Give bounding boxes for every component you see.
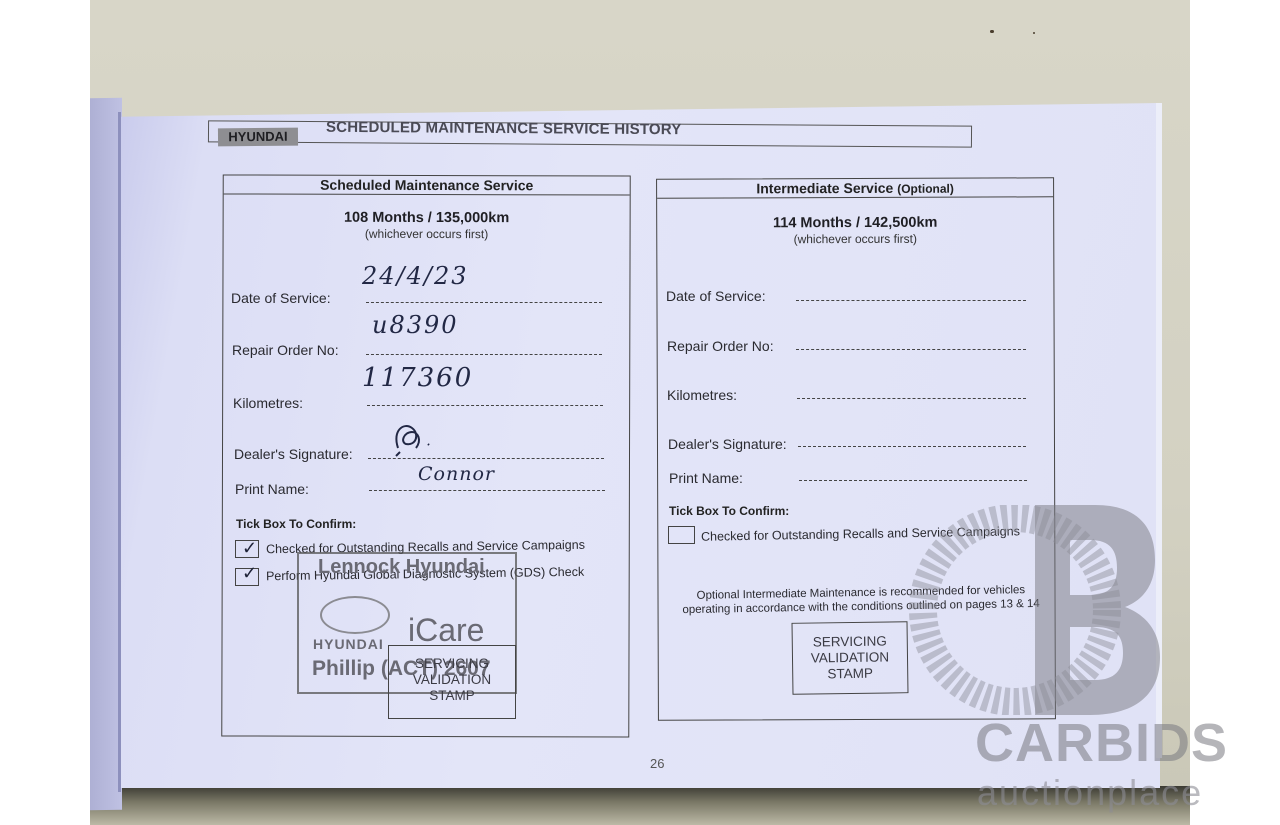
int-kilometres-label: Kilometres: (667, 387, 737, 403)
optional-label: (Optional) (897, 182, 954, 196)
int-dealer-signature-label: Dealer's Signature: (668, 436, 787, 452)
carbids-logo-icon (885, 505, 1160, 715)
int-print-name-label: Print Name: (669, 470, 743, 486)
int-repair-order-line[interactable] (796, 349, 1026, 350)
print-name-line[interactable] (369, 490, 605, 491)
tick-box-title: Tick Box To Confirm: (236, 517, 356, 531)
repair-order-line[interactable] (366, 354, 602, 355)
print-name-label: Print Name: (235, 481, 309, 497)
watermark-tagline: auctionplace (977, 772, 1203, 814)
repair-order-value: u8390 (372, 311, 459, 339)
stamp-line: SERVICING (389, 656, 515, 672)
booklet-spine (118, 112, 121, 792)
date-of-service-line[interactable] (366, 302, 602, 303)
signature-scribble (390, 418, 440, 458)
dealer-signature-line[interactable] (368, 458, 604, 459)
scheduled-validation-stamp-box: SERVICING VALIDATION STAMP (388, 645, 516, 719)
intermediate-interval: 114 Months / 142,500km (657, 214, 1053, 231)
speck (1033, 32, 1035, 34)
intermediate-title-text: Intermediate Service (756, 180, 893, 196)
int-recalls-checkbox[interactable] (668, 526, 695, 544)
dealer-signature-label: Dealer's Signature: (234, 446, 353, 462)
scheduled-service-title: Scheduled Maintenance Service (224, 175, 630, 195)
speck (990, 30, 994, 33)
dealer-stamp-program: iCare (408, 612, 484, 649)
intermediate-service-title: Intermediate Service (Optional) (657, 178, 1053, 198)
watermark-brand: CARBIDS (975, 712, 1228, 774)
int-date-of-service-label: Date of Service: (666, 288, 766, 304)
intermediate-interval-note: (whichever occurs first) (657, 231, 1053, 246)
date-of-service-label: Date of Service: (231, 290, 331, 306)
int-dealer-signature-line[interactable] (798, 446, 1026, 447)
kilometres-value: 117360 (362, 363, 473, 393)
int-tick-box-title: Tick Box To Confirm: (669, 504, 789, 518)
dealer-stamp-name: Lennock Hyundai (318, 556, 485, 579)
int-print-name-line[interactable] (799, 480, 1027, 481)
scheduled-interval: 108 Months / 135,000km (224, 209, 630, 226)
repair-order-label: Repair Order No: (232, 342, 339, 358)
kilometres-line[interactable] (367, 405, 603, 406)
int-repair-order-label: Repair Order No: (667, 338, 774, 354)
page-title: SCHEDULED MAINTENANCE SERVICE HISTORY (326, 119, 682, 138)
hyundai-logo-icon (320, 596, 390, 634)
page-number: 26 (650, 756, 664, 771)
stamp-line: VALIDATION (389, 672, 515, 688)
kilometres-label: Kilometres: (233, 395, 303, 411)
print-name-value: Connor (418, 463, 495, 485)
int-date-of-service-line[interactable] (796, 300, 1026, 301)
dealer-stamp-brand: HYUNDAI (313, 636, 384, 652)
check-mark-icon: ✓ (242, 540, 257, 556)
scheduled-interval-note: (whichever occurs first) (224, 226, 630, 241)
check-mark-icon: ✓ (242, 565, 257, 581)
brand-label: HYUNDAI (218, 128, 298, 147)
date-of-service-value: 24/4/23 (362, 262, 469, 290)
int-kilometres-line[interactable] (797, 398, 1026, 399)
stamp-line: STAMP (389, 688, 515, 704)
